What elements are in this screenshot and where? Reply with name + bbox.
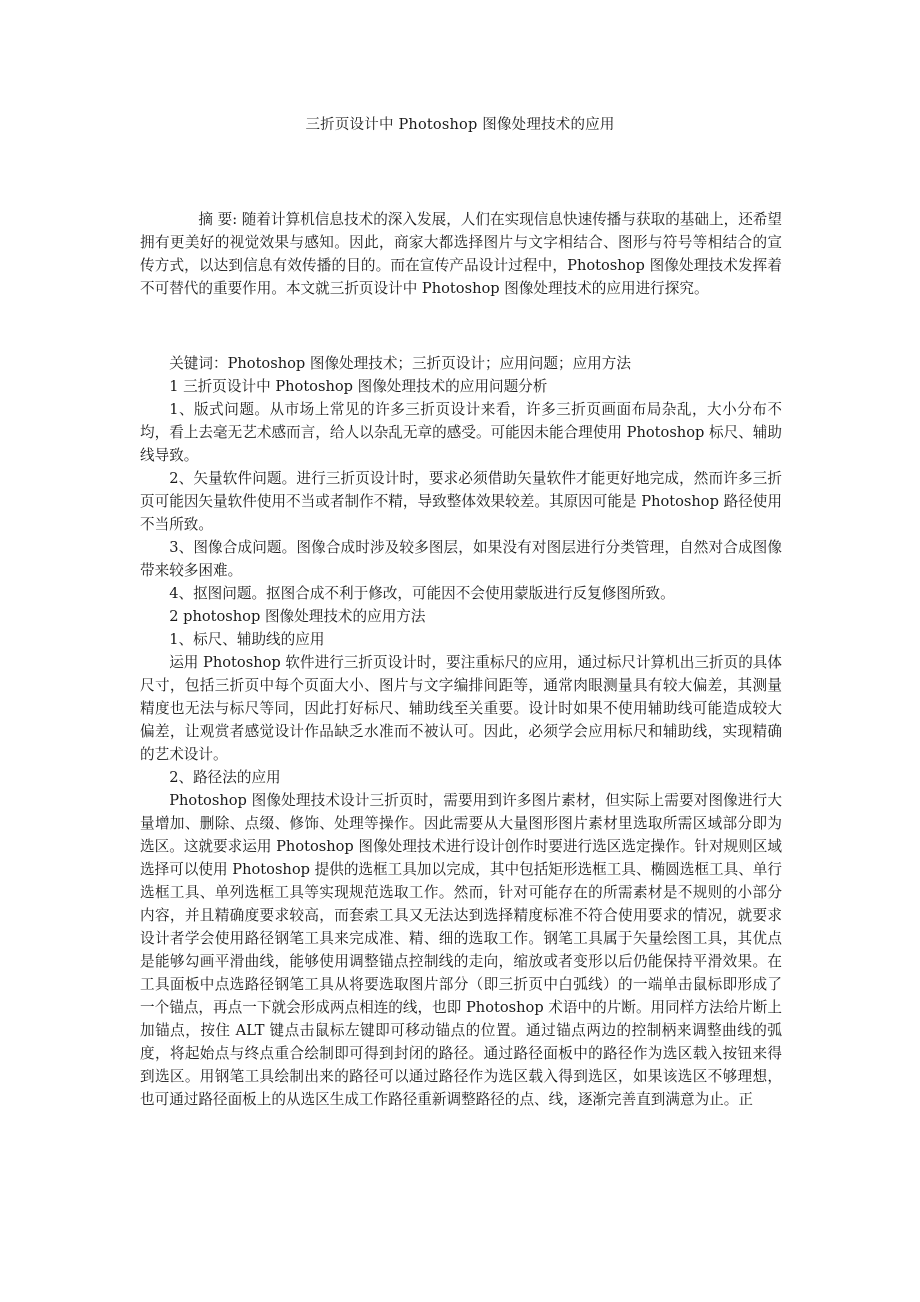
subsection-2-1-heading: 1、标尺、辅助线的应用 [140, 628, 782, 651]
main-body: 关键词：Photoshop 图像处理技术；三折页设计；应用问题；应用方法 1 三… [140, 352, 782, 1111]
section-1-item-4: 4、抠图问题。抠图合成不利于修改，可能因不会使用蒙版进行反复修图所致。 [140, 582, 782, 605]
section-1-item-2: 2、矢量软件问题。进行三折页设计时，要求必须借助矢量软件才能更好地完成，然而许多… [140, 467, 782, 536]
section-1-item-1: 1、版式问题。从市场上常见的许多三折页设计来看，许多三折页画面布局杂乱，大小分布… [140, 398, 782, 467]
subsection-2-2-text: Photoshop 图像处理技术设计三折页时，需要用到许多图片素材，但实际上需要… [140, 789, 782, 1111]
section-2-heading: 2 photoshop 图像处理技术的应用方法 [140, 605, 782, 628]
subsection-2-2-heading: 2、路径法的应用 [140, 766, 782, 789]
abstract-paragraph: 摘 要: 随着计算机信息技术的深入发展，人们在实现信息快速传播与获取的基础上，还… [140, 208, 782, 300]
section-1-item-3: 3、图像合成问题。图像合成时涉及较多图层，如果没有对图层进行分类管理，自然对合成… [140, 536, 782, 582]
abstract-block: 摘 要: 随着计算机信息技术的深入发展，人们在实现信息快速传播与获取的基础上，还… [140, 208, 782, 300]
section-1-heading: 1 三折页设计中 Photoshop 图像处理技术的应用问题分析 [140, 375, 782, 398]
subsection-2-1-text: 运用 Photoshop 软件进行三折页设计时，要注重标尺的应用，通过标尺计算机… [140, 651, 782, 766]
document-page: 三折页设计中 Photoshop 图像处理技术的应用 摘 要: 随着计算机信息技… [0, 0, 920, 1302]
document-title: 三折页设计中 Photoshop 图像处理技术的应用 [0, 115, 920, 135]
keywords-line: 关键词：Photoshop 图像处理技术；三折页设计；应用问题；应用方法 [140, 352, 782, 375]
